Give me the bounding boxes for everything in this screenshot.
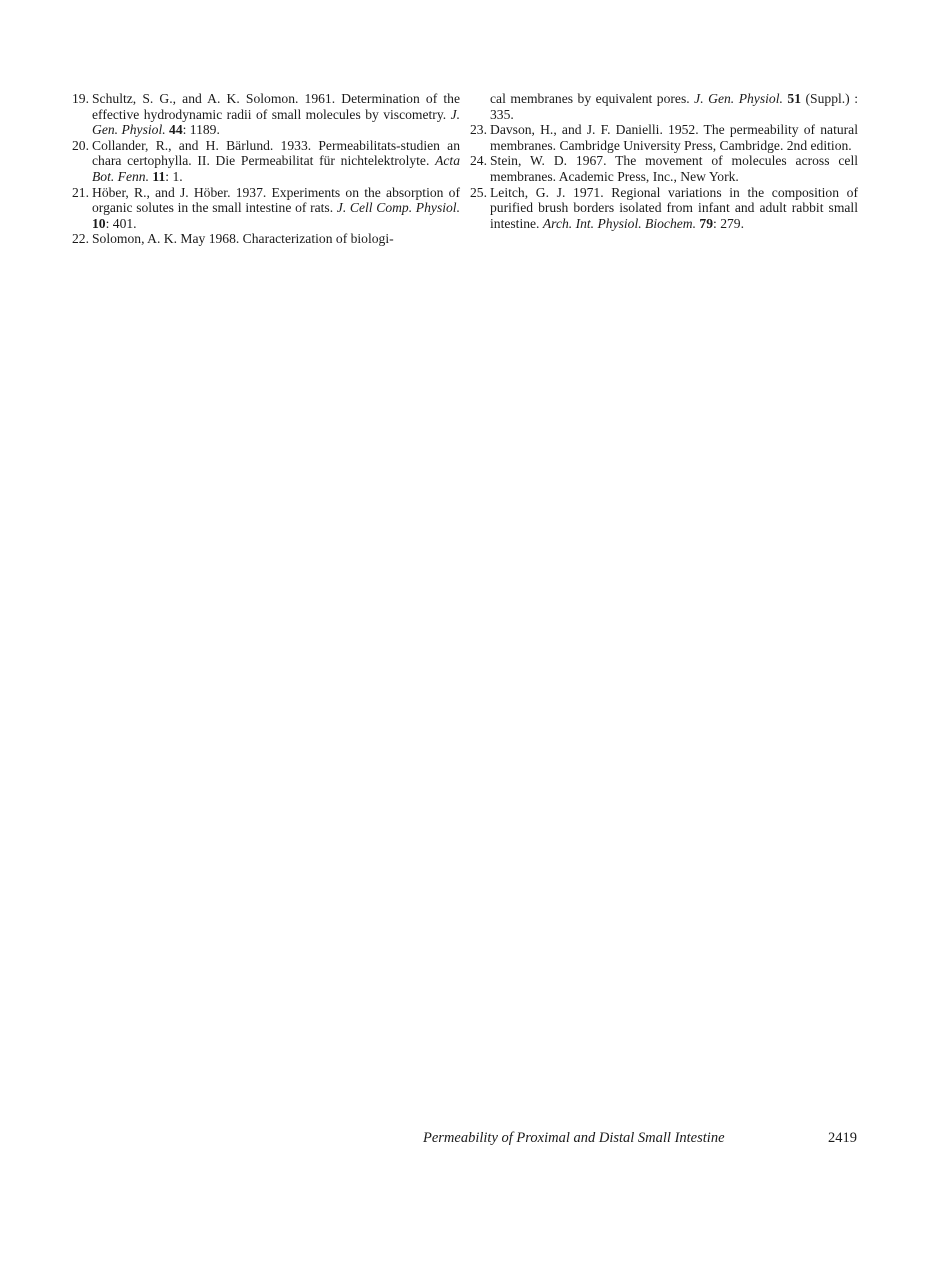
- reference-entry: 25.Leitch, G. J. 1971. Regional variatio…: [470, 185, 858, 232]
- reference-text: Solomon, A. K. May 1968. Characterizatio…: [92, 231, 394, 246]
- reference-entry: 19.Schultz, S. G., and A. K. Solomon. 19…: [72, 91, 460, 138]
- reference-text: Collander, R., and H. Bärlund. 1933. Per…: [92, 138, 460, 169]
- reference-entry: 23.Davson, H., and J. F. Danielli. 1952.…: [470, 122, 858, 153]
- reference-number: 22.: [72, 231, 89, 247]
- reference-number: 25.: [470, 185, 487, 201]
- reference-entry: 24.Stein, W. D. 1967. The movement of mo…: [470, 153, 858, 184]
- reference-entry: 22.Solomon, A. K. May 1968. Characteriza…: [72, 231, 460, 247]
- reference-number: 24.: [470, 153, 487, 169]
- reference-text: : 1189.: [183, 122, 220, 137]
- volume-number: 10: [92, 216, 106, 231]
- journal-name: J. Cell Comp. Physiol.: [337, 200, 460, 215]
- reference-text: : 401.: [106, 216, 137, 231]
- volume-number: 11: [152, 169, 165, 184]
- volume-number: 51: [787, 91, 801, 106]
- reference-text: Stein, W. D. 1967. The movement of molec…: [490, 153, 858, 184]
- reference-number: 23.: [470, 122, 487, 138]
- reference-entry: 20.Collander, R., and H. Bärlund. 1933. …: [72, 138, 460, 185]
- journal-name: Arch. Int. Physiol. Biochem.: [543, 216, 696, 231]
- reference-entry: cal membranes by equivalent pores. J. Ge…: [470, 91, 858, 122]
- reference-list-left-column: 19.Schultz, S. G., and A. K. Solomon. 19…: [72, 91, 460, 247]
- page-number: 2419: [828, 1130, 857, 1147]
- reference-text: : 279.: [713, 216, 744, 231]
- volume-number: 44: [169, 122, 183, 137]
- reference-text: Schultz, S. G., and A. K. Solomon. 1961.…: [92, 91, 460, 122]
- reference-list-right-column: cal membranes by equivalent pores. J. Ge…: [470, 91, 858, 231]
- reference-number: 19.: [72, 91, 89, 107]
- running-title: Permeability of Proximal and Distal Smal…: [423, 1130, 725, 1147]
- volume-number: 79: [699, 216, 713, 231]
- reference-number: 20.: [72, 138, 89, 154]
- reference-text: : 1.: [165, 169, 182, 184]
- reference-text: Davson, H., and J. F. Danielli. 1952. Th…: [490, 122, 858, 153]
- reference-text: cal membranes by equivalent pores.: [490, 91, 694, 106]
- journal-name: J. Gen. Physiol.: [694, 91, 783, 106]
- reference-number: 21.: [72, 185, 89, 201]
- reference-entry: 21.Höber, R., and J. Höber. 1937. Experi…: [72, 185, 460, 232]
